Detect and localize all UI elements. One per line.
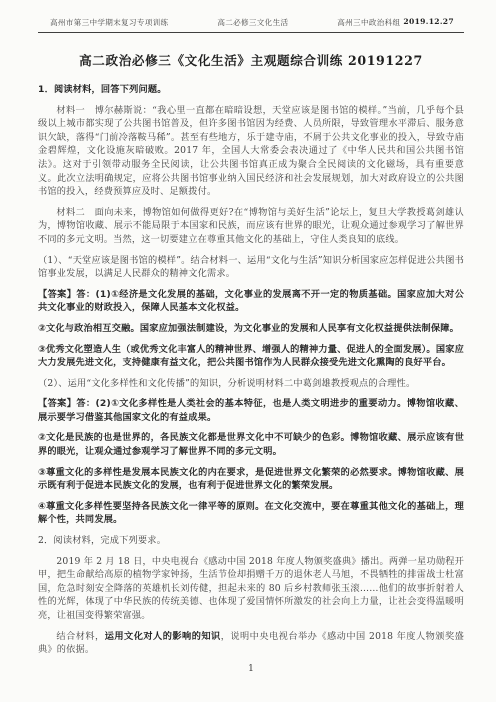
answer-1-point-2: ②文化与政治相互交融。国家应加强法制建设，为文化事业的发展和人民享有文化权益提供… xyxy=(38,322,464,336)
answer-2-point-2: ②文化是民族的也是世界的，各民族文化都是世界文化中不可缺少的色彩。博物馆收藏、展… xyxy=(38,431,464,458)
question-2-ask: 结合材料，运用文化对人的影响的知识，说明中央电视台举办《感动中国 2018 年度… xyxy=(38,630,464,657)
material-3-paragraph: 2019 年 2 月 18 日，中央电视台《感动中国 2018 年度人物颁奖盛典… xyxy=(38,555,464,623)
header-left-text: 高州市第三中学期末复习专项训练 xyxy=(50,17,168,28)
answer-2-point-1: 【答案】答：(2)①文化多样性是人类社会的基本特征，也是人类文明进步的重要动力。… xyxy=(38,397,464,424)
material-2-paragraph: 材料二 面向未来，博物馆如何做得更好?在“博物馆与美好生活”论坛上，复旦大学教授… xyxy=(38,206,464,247)
answer-1-point-1: 【答案】答：(1)①经济是文化发展的基础，文化事业的发展离不开一定的物质基础。国… xyxy=(38,288,464,315)
question-2-ask-prefix: 结合材料， xyxy=(56,631,104,642)
material-1-paragraph: 材料一 博尔赫斯说：“我心里一直都在暗暗设想，天堂应该是图书馆的模样。”当前，几… xyxy=(38,104,464,199)
document-page: 高州市第三中学期末复习专项训练 高二必修三文化生活 高州三中政治科组 2019.… xyxy=(0,0,496,702)
page-number: 1 xyxy=(38,664,464,674)
answer-2-point-4: ④尊重文化多样性要坚持各民族文化一律平等的原则。在文化交流中，要在尊重其他文化的… xyxy=(38,500,464,527)
question-2-heading: 2．阅读材料，完成下列要求。 xyxy=(38,534,464,548)
question-1-sub1: （1）、“天堂应该是图书馆的模样”。结合材料一、运用“文化与生活”知识分析国家应… xyxy=(38,254,464,281)
question-1-heading: 1．阅读材料，回答下列问题。 xyxy=(38,83,464,97)
document-body: 1．阅读材料，回答下列问题。 材料一 博尔赫斯说：“我心里一直都在暗暗设想，天堂… xyxy=(38,83,464,657)
page-title: 高二政治必修三《文化生活》主观题综合训练 20191227 xyxy=(38,50,464,69)
answer-1-point-3: ③优秀文化塑造人生（或优秀文化丰富人的精神世界、增强人的精神力量、促进人的全面发… xyxy=(38,343,464,370)
header-right-group: 高州三中政治科组 2019.12.27 xyxy=(337,17,454,28)
answer-2-point-3: ③尊重文化的多样性是发展本民族文化的内在要求，是促进世界文化繁荣的必然要求。博物… xyxy=(38,466,464,493)
question-1-sub2: （2）、运用“文化多样性和文化传播”的知识，分析说明材料二中葛剑雄教授观点的合理… xyxy=(38,377,464,391)
header-date: 2019.12.27 xyxy=(403,17,454,28)
header-right-text: 高州三中政治科组 xyxy=(337,17,400,28)
question-2-ask-bold: 运用文化对人的影响的知识 xyxy=(105,631,221,642)
header-center-text: 高二必修三文化生活 xyxy=(217,17,288,28)
running-header: 高州市第三中学期末复习专项训练 高二必修三文化生活 高州三中政治科组 2019.… xyxy=(38,0,464,33)
